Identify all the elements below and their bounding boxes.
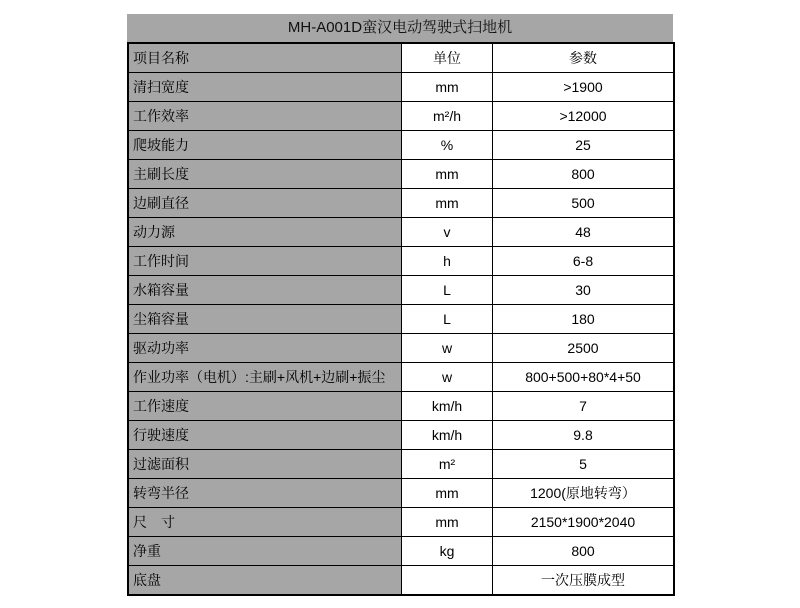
cell-name: 尺 寸 <box>128 508 402 537</box>
cell-name: 工作速度 <box>128 392 402 421</box>
table-row: 动力源v48 <box>128 218 674 247</box>
table-row: 边刷直径mm500 <box>128 189 674 218</box>
cell-name: 主刷长度 <box>128 160 402 189</box>
cell-name: 驱动功率 <box>128 334 402 363</box>
table-row: 工作速度km/h7 <box>128 392 674 421</box>
cell-unit: mm <box>402 160 493 189</box>
cell-unit: L <box>402 305 493 334</box>
cell-name: 边刷直径 <box>128 189 402 218</box>
cell-unit: km/h <box>402 421 493 450</box>
cell-unit: h <box>402 247 493 276</box>
cell-param: 48 <box>493 218 675 247</box>
table-row: 清扫宽度mm>1900 <box>128 73 674 102</box>
cell-unit: kg <box>402 537 493 566</box>
table-row: 尘箱容量L180 <box>128 305 674 334</box>
cell-unit: v <box>402 218 493 247</box>
cell-unit: mm <box>402 508 493 537</box>
cell-name: 转弯半径 <box>128 479 402 508</box>
table-row: 底盘一次压膜成型 <box>128 566 674 596</box>
table-row: 过滤面积m²5 <box>128 450 674 479</box>
cell-name: 净重 <box>128 537 402 566</box>
cell-param: >12000 <box>493 102 675 131</box>
cell-unit: mm <box>402 189 493 218</box>
cell-unit: m² <box>402 450 493 479</box>
table-row: 爬坡能力%25 <box>128 131 674 160</box>
cell-name: 工作效率 <box>128 102 402 131</box>
cell-name: 水箱容量 <box>128 276 402 305</box>
column-header-param: 参数 <box>493 43 675 73</box>
cell-unit: km/h <box>402 392 493 421</box>
table-body: 清扫宽度mm>1900工作效率m²/h>12000爬坡能力%25主刷长度mm80… <box>128 73 674 596</box>
cell-unit: mm <box>402 479 493 508</box>
cell-name: 清扫宽度 <box>128 73 402 102</box>
table-title: MH-A001D蛮汉电动驾驶式扫地机 <box>127 14 673 42</box>
cell-unit: m²/h <box>402 102 493 131</box>
cell-param: 180 <box>493 305 675 334</box>
cell-param: 25 <box>493 131 675 160</box>
table-row: 工作效率m²/h>12000 <box>128 102 674 131</box>
cell-param: 2500 <box>493 334 675 363</box>
cell-name: 工作时间 <box>128 247 402 276</box>
table-row: 尺 寸mm2150*1900*2040 <box>128 508 674 537</box>
cell-name: 过滤面积 <box>128 450 402 479</box>
cell-name: 底盘 <box>128 566 402 596</box>
table-row: 作业功率（电机）:主刷+风机+边刷+振尘w800+500+80*4+50 <box>128 363 674 392</box>
cell-param: 5 <box>493 450 675 479</box>
cell-name: 尘箱容量 <box>128 305 402 334</box>
spec-table: 项目名称 单位 参数 清扫宽度mm>1900工作效率m²/h>12000爬坡能力… <box>127 42 675 596</box>
table-head: 项目名称 单位 参数 <box>128 43 674 73</box>
cell-unit: w <box>402 334 493 363</box>
cell-name: 作业功率（电机）:主刷+风机+边刷+振尘 <box>128 363 402 392</box>
table-row: 工作时间h6-8 <box>128 247 674 276</box>
table-row: 水箱容量L30 <box>128 276 674 305</box>
cell-param: 一次压膜成型 <box>493 566 675 596</box>
cell-param: 500 <box>493 189 675 218</box>
cell-param: 9.8 <box>493 421 675 450</box>
cell-name: 行驶速度 <box>128 421 402 450</box>
cell-unit: % <box>402 131 493 160</box>
table-row: 行驶速度km/h9.8 <box>128 421 674 450</box>
cell-param: >1900 <box>493 73 675 102</box>
cell-param: 2150*1900*2040 <box>493 508 675 537</box>
table-row: 驱动功率w2500 <box>128 334 674 363</box>
cell-unit: w <box>402 363 493 392</box>
product-spec-table: MH-A001D蛮汉电动驾驶式扫地机 项目名称 单位 参数 清扫宽度mm>190… <box>127 14 673 596</box>
cell-name: 动力源 <box>128 218 402 247</box>
table-row: 转弯半径mm1200(原地转弯） <box>128 479 674 508</box>
cell-unit: L <box>402 276 493 305</box>
cell-param: 800 <box>493 537 675 566</box>
table-row: 净重kg800 <box>128 537 674 566</box>
cell-param: 7 <box>493 392 675 421</box>
cell-name: 爬坡能力 <box>128 131 402 160</box>
cell-param: 30 <box>493 276 675 305</box>
cell-param: 800+500+80*4+50 <box>493 363 675 392</box>
column-header-item-name: 项目名称 <box>128 43 402 73</box>
cell-param: 1200(原地转弯） <box>493 479 675 508</box>
header-row: 项目名称 单位 参数 <box>128 43 674 73</box>
cell-unit <box>402 566 493 596</box>
cell-unit: mm <box>402 73 493 102</box>
cell-param: 6-8 <box>493 247 675 276</box>
cell-param: 800 <box>493 160 675 189</box>
table-row: 主刷长度mm800 <box>128 160 674 189</box>
column-header-unit: 单位 <box>402 43 493 73</box>
